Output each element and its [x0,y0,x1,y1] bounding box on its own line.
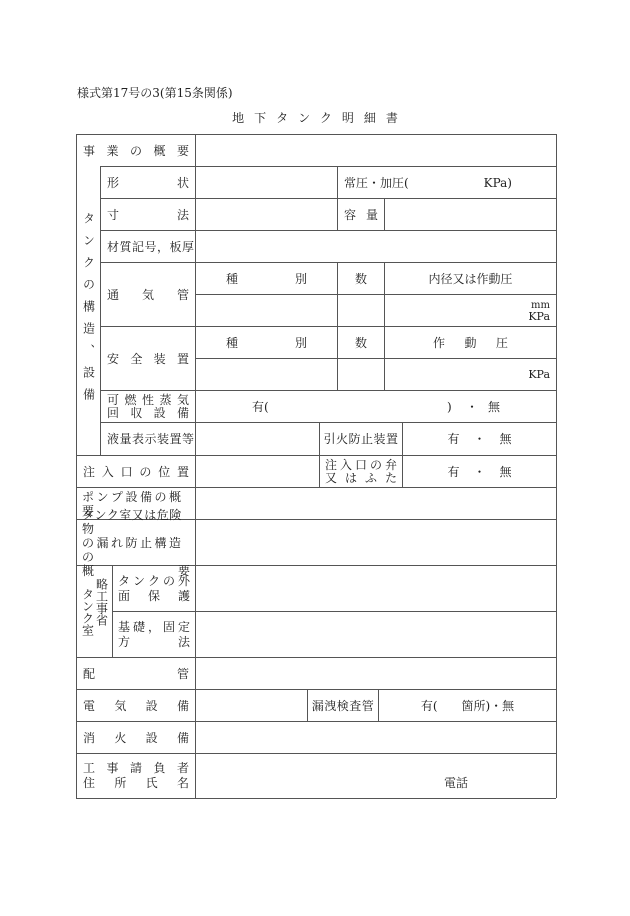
label-char: 入 [102,465,114,479]
dimensions-field[interactable] [196,199,337,230]
pressure-field[interactable]: 常圧・加圧( KPa) [338,167,556,198]
fire-extinguishing-label: 消 火 設 備 [77,722,195,753]
safety-type-field[interactable] [196,359,337,390]
form-number: 様式第17号の3(第15条関係) [77,84,233,101]
vent-count-header: 数 [338,263,384,294]
label-char: 種 [226,336,238,350]
label-char: 弁 [385,459,397,472]
contractor-field[interactable]: 電話 [196,754,556,798]
safety-count-header: 数 [338,327,384,358]
label-line: 注 入 口 の 弁 [325,459,397,472]
label-char: の [163,574,175,589]
label-char: 管 [177,288,189,302]
electrical-label: 電 気 設 備 [77,690,195,721]
outer-protection-field[interactable] [196,566,556,611]
label-char: 業 [106,144,118,158]
dimensions-label: 寸 法 [101,199,195,230]
leak-prevention-field[interactable] [196,520,556,565]
label-char: 動 [464,336,476,350]
unit-kpa: KPa [528,311,550,322]
safety-type-header: 種 別 [196,327,337,358]
vent-diameter-field[interactable]: mm KPa [385,295,556,326]
label-line: 面 保 護 [118,589,190,604]
material-field[interactable] [196,231,556,262]
label-line: 可 燃 性 蒸 気 [107,394,189,407]
label-char: 方 [118,635,130,650]
safety-pressure-field[interactable]: KPa [385,359,556,390]
label-char: 注 [325,459,337,472]
label-char: 法 [178,635,190,650]
label-char: 備 [177,699,189,713]
label-char: 請 [130,761,142,776]
label-char: 事 [106,761,118,776]
option-no[interactable]: 無 [500,432,512,446]
label-char: 住 [83,776,95,791]
capacity-label: 容 量 [338,199,384,230]
label-char: 置 [177,465,189,479]
phone-label: 電話 [444,776,468,790]
level-indicator-label: 液量表示装置等 [101,423,195,455]
label-char: 入 [340,459,352,472]
fire-extinguishing-field[interactable] [196,722,556,753]
pressure-unit: KPa) [484,176,512,190]
vent-type-field[interactable] [196,295,337,326]
label-char: 寸 [107,208,119,222]
foundation-label: 基 礎 ， 固 定 方 法 [113,612,195,657]
document-title: 地下タンク明細書 [0,109,630,126]
label-char: 圧 [496,336,508,350]
label-line: 回 収 設 備 [107,407,189,420]
label-char: 気 [177,394,189,407]
label-char: 護 [178,589,190,604]
label-char: 概 [153,144,165,158]
label-char: 安 [107,352,119,366]
label-char: 固 [163,620,175,635]
leak-check-label: 漏洩検査管 [308,690,378,721]
label-char: は [345,472,357,485]
label-char: ， [148,620,160,635]
label-char: 気 [142,288,154,302]
vent-pipe-label: 通 気 管 [101,263,195,326]
label-char: 事 [83,144,95,158]
label-char: 気 [114,699,126,713]
foundation-field[interactable] [196,612,556,657]
capacity-field[interactable] [385,199,556,230]
label-line: 基 礎 ， 固 定 [118,620,190,635]
label-char: 消 [83,731,95,745]
yes-open: 有( [252,400,269,414]
safety-count-field[interactable] [338,359,384,390]
label-char: 位 [158,465,170,479]
label-char: 又 [325,472,337,485]
group-label-col: 略工事省 [95,578,109,626]
label-char: ふ [365,472,377,485]
label-char: 全 [130,352,142,366]
safety-device-label: 安 全 装 置 [101,327,195,390]
table-line [556,134,557,798]
unit-mm: mm [531,300,550,311]
unit-kpa: KPa [528,368,550,382]
label-char: 法 [177,208,189,222]
label-line: 工 事 請 負 者 [83,761,189,776]
option-yes[interactable]: 有 [447,465,459,479]
label-line: 又 は ふ た [325,472,397,485]
tank-room-omit-group-label: タンク室 略工事省 [77,566,112,657]
label-line: 住 所 氏 名 [83,776,189,791]
label-char: 火 [114,731,126,745]
business-overview-field[interactable] [196,135,556,166]
fill-port-location-label: 注 入 口 の 位 置 [77,456,195,487]
leak-check-field[interactable]: 有( 箇所)・無 [379,690,556,721]
label-char: 要 [177,144,189,158]
vapor-recovery-label: 可 燃 性 蒸 気 回 収 設 備 [101,391,195,422]
label-char: 工 [83,761,95,776]
label-char: 種 [226,272,238,286]
safety-pressure-header: 作 動 圧 [385,327,556,358]
label-char: の [130,144,142,158]
label-char: 口 [355,459,367,472]
label-char: 電 [83,699,95,713]
level-indicator-field[interactable] [196,423,319,455]
label-char: 定 [178,620,190,635]
label-char: 状 [177,176,189,190]
fill-port-location-field[interactable] [196,456,319,487]
label-char: 氏 [146,776,158,791]
label-char: た [385,472,397,485]
vent-count-field[interactable] [338,295,384,326]
vent-type-header: 種 別 [196,263,337,294]
label-char: 量 [366,208,378,222]
tank-structure-group-label: タンクの構造、設備 [77,167,100,455]
pressure-label: 常圧・加圧( [344,176,409,190]
label-char: タ [118,574,130,589]
label-char: 形 [107,176,119,190]
label-char: 面 [118,589,130,604]
label-char: 可 [107,394,119,407]
label-char: 基 [118,620,130,635]
group-label-col: タンク室 [81,588,95,636]
option-no[interactable]: 無 [500,465,512,479]
label-char: 外 [178,574,190,589]
piping-label: 配 管 [77,658,195,689]
label-char: 配 [83,667,95,681]
separator-dot: ・ [473,432,485,446]
label-char: 設 [154,407,166,420]
label-line: の漏れ防止構造の [82,536,190,564]
label-line: タンク室又は危険物 [82,508,190,536]
label-char: 備 [177,407,189,420]
label-char: 保 [148,589,160,604]
label-char: ン [133,574,145,589]
label-char: 別 [295,336,307,350]
shape-label: 形 状 [101,167,195,198]
separator-dot: ・ [466,400,478,414]
flame-arrester-label: 引火防止装置 [320,423,402,455]
label-char: 設 [146,731,158,745]
contractor-label: 工 事 請 負 者 住 所 氏 名 [77,754,195,798]
label-char: 口 [121,465,133,479]
option-yes[interactable]: 有 [447,432,459,446]
label-char: の [370,459,382,472]
business-overview-label: 事 業 の 概 要 [77,135,195,166]
label-char: 容 [344,208,356,222]
label-char: 収 [130,407,142,420]
option-none[interactable]: 無 [488,400,500,414]
label-char: 負 [153,761,165,776]
label-char: 管 [177,667,189,681]
label-char: 別 [295,272,307,286]
material-label: 材質記号，板厚 [101,231,195,262]
label-char: 通 [107,288,119,302]
electrical-field[interactable] [196,690,307,721]
label-char: 礎 [133,620,145,635]
vapor-recovery-field[interactable]: 有( ) ・ 無 [196,391,556,422]
label-char: 注 [83,465,95,479]
label-char: 備 [177,731,189,745]
label-line: 方 法 [118,635,190,650]
table-line [76,798,556,799]
leak-prevention-label: タンク室又は危険物 の漏れ防止構造の 概 要 [77,520,195,565]
label-char: 所 [114,776,126,791]
shape-field[interactable] [196,167,337,198]
label-char: 名 [177,776,189,791]
fill-port-valve-label: 注 入 口 の 弁 又 は ふ た [320,456,402,487]
label-char: 置 [177,352,189,366]
label-char: ク [148,574,160,589]
label-char: 蒸 [159,394,171,407]
label-char: の [139,465,151,479]
label-char: 設 [146,699,158,713]
outer-protection-label: タ ン ク の 外 面 保 護 [113,566,195,611]
label-line: タ ン ク の 外 [118,574,190,589]
label-char: 性 [142,394,154,407]
piping-field[interactable] [196,658,556,689]
fill-port-valve-field[interactable]: 有 ・ 無 [403,456,556,487]
label-char: 燃 [124,394,136,407]
close-paren: ) [447,400,452,414]
flame-arrester-field[interactable]: 有 ・ 無 [403,423,556,455]
label-char: 者 [177,761,189,776]
label-char: 作 [433,336,445,350]
pump-overview-field[interactable] [196,488,556,519]
label-char: 回 [107,407,119,420]
vent-diameter-header: 内径又は作動圧 [385,263,556,294]
tank-structure-group-text: タンクの構造、設備 [82,212,96,410]
label-char: 装 [154,352,166,366]
separator-dot: ・ [473,465,485,479]
